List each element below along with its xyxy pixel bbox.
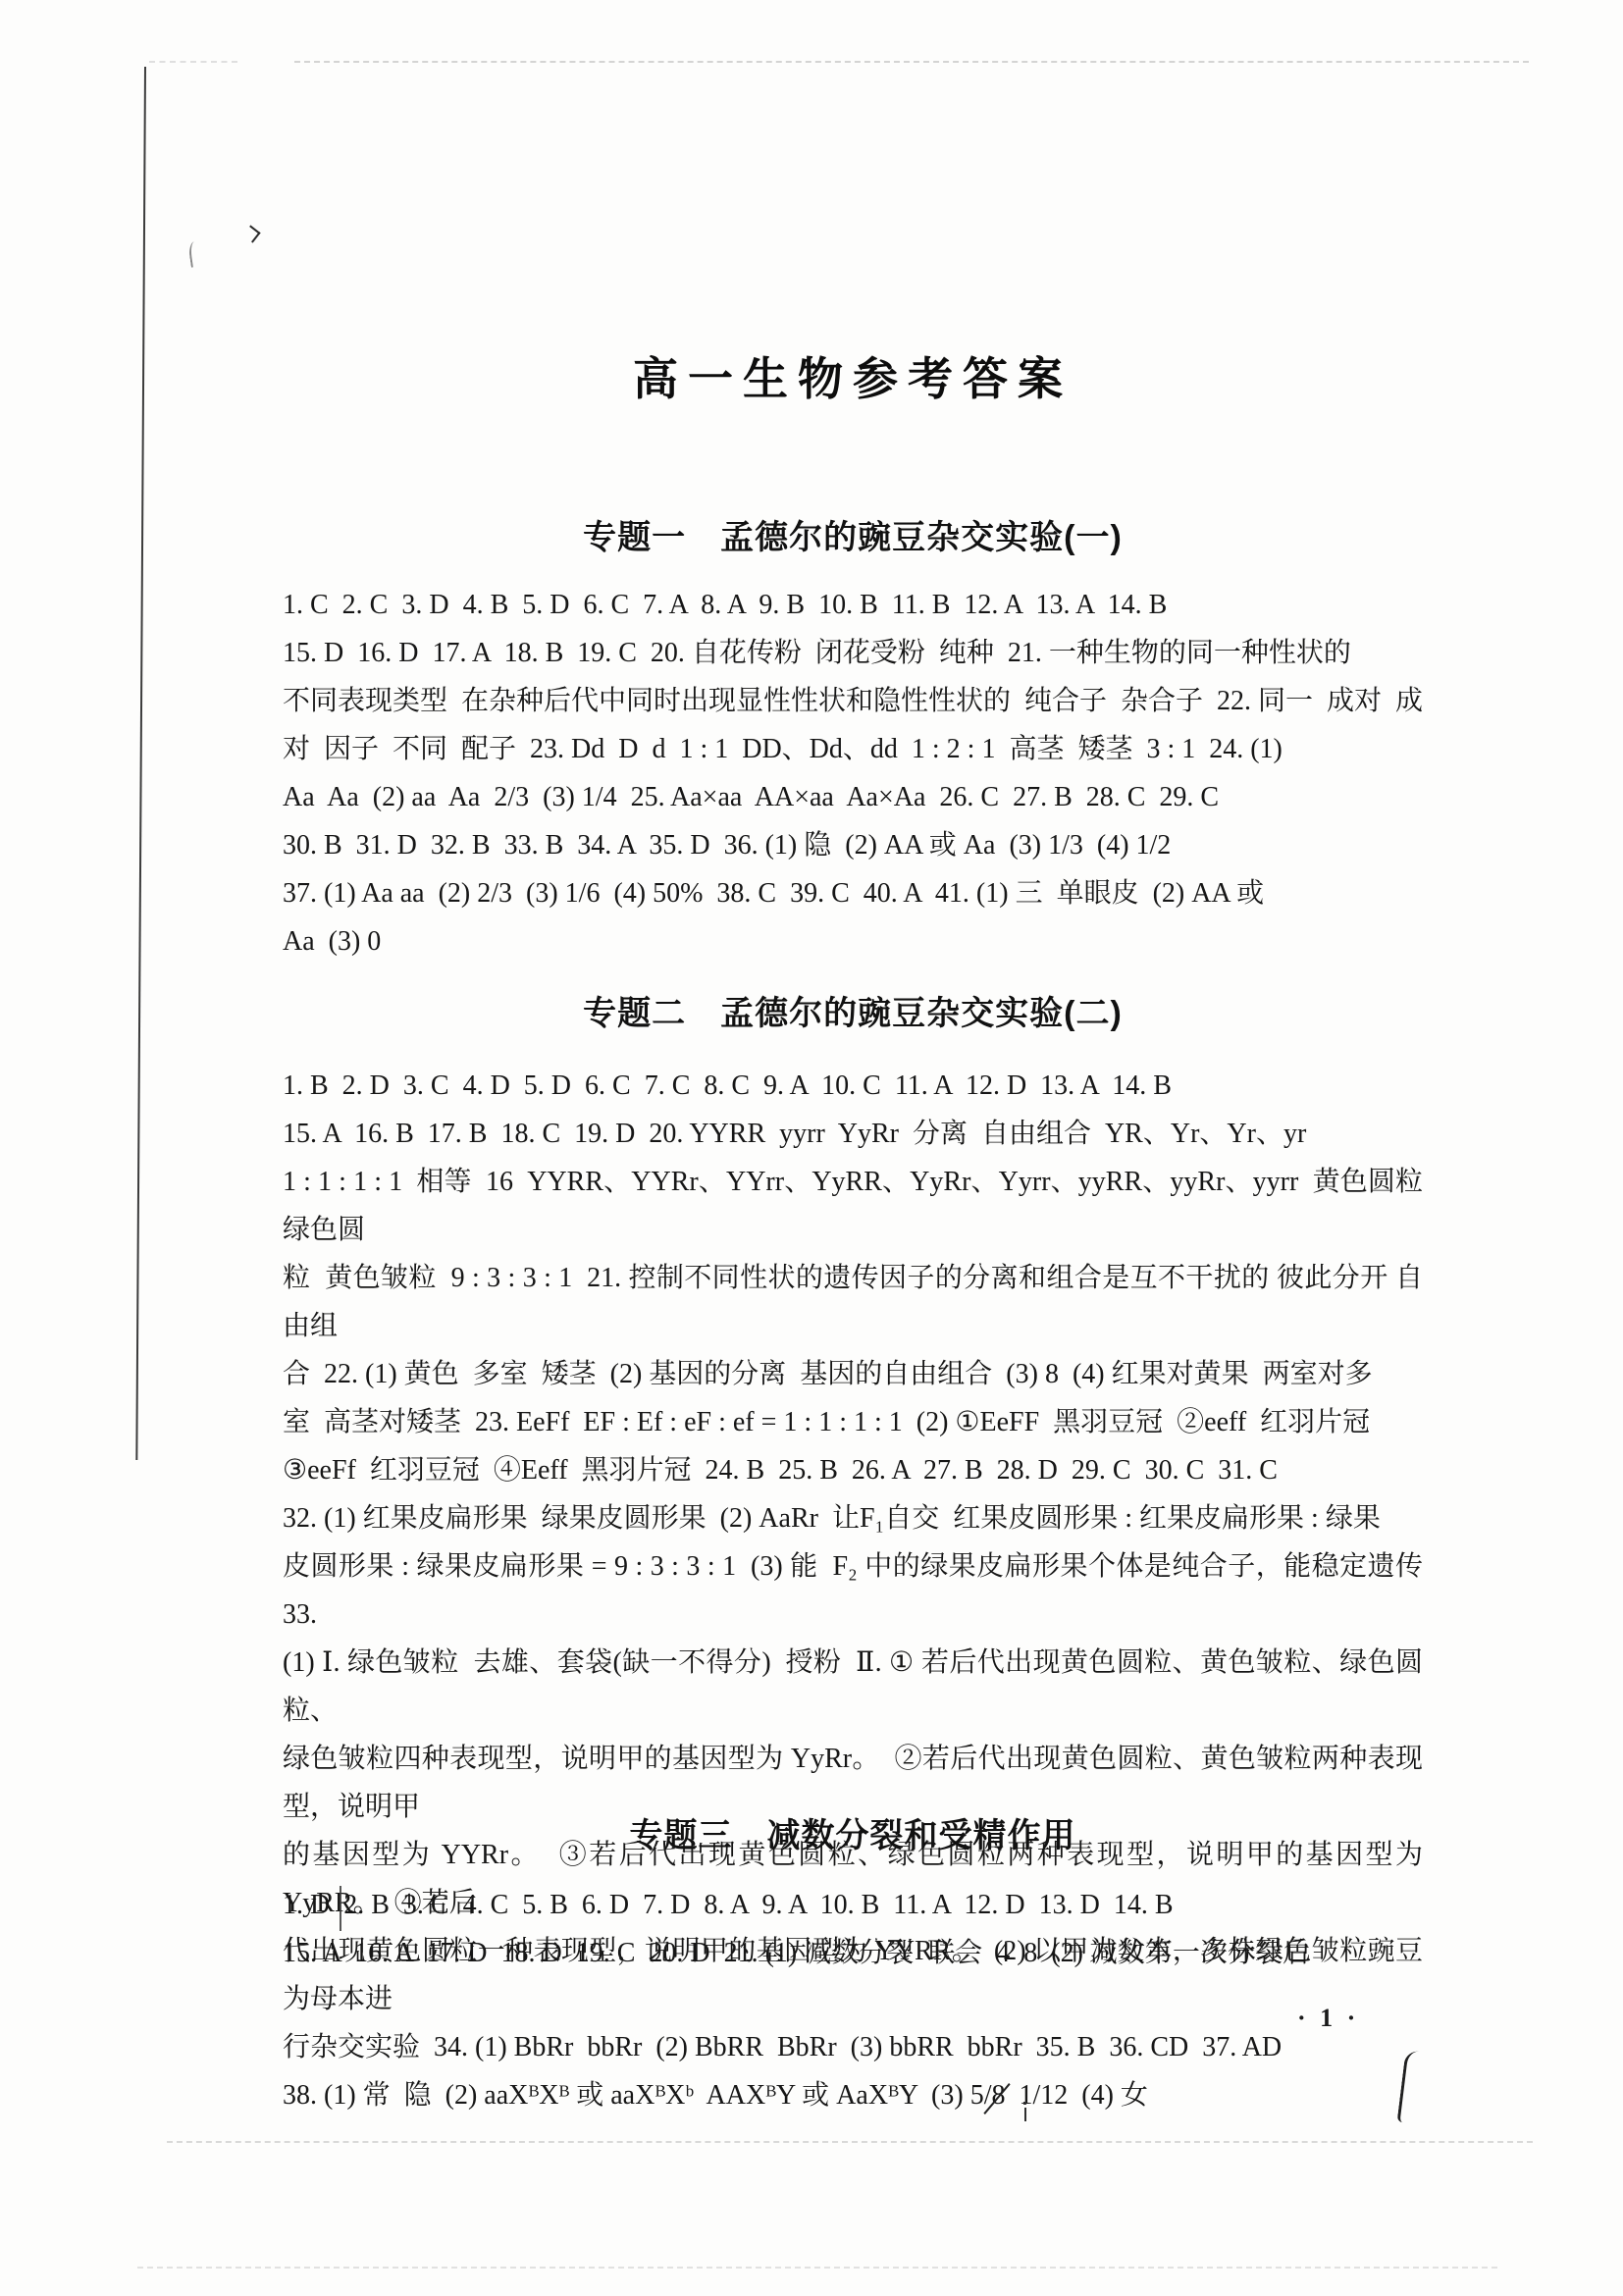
answer-line: Aa (3) 0	[283, 917, 1423, 965]
scan-edge-dash-top	[294, 61, 1529, 63]
answer-line: 1. D 2. B 3. C 4. C 5. B 6. D 7. D 8. A …	[283, 1881, 1423, 1929]
answer-line: 粒 黄色皱粒 9 : 3 : 3 : 1 21. 控制不同性状的遗传因子的分离和…	[283, 1254, 1423, 1350]
answer-line: 1. B 2. D 3. C 4. D 5. D 6. C 7. C 8. C …	[283, 1062, 1423, 1110]
answer-line: (1) Ⅰ. 绿色皱粒 去雄、套袋(缺一不得分) 授粉 Ⅱ. ① 若后代出现黄色…	[283, 1639, 1423, 1735]
answer-line: 皮圆形果 : 绿果皮扁形果 = 9 : 3 : 3 : 1 (3) 能 F₂ 中…	[283, 1542, 1423, 1639]
scan-edge-dash-bottom-2	[137, 2267, 1497, 2269]
answer-line: 38. (1) 常 隐 (2) aaXᴮXᴮ 或 aaXᴮXᵇ AAXᴮY 或 …	[283, 2071, 1423, 2119]
section-heading-1: 专题一 孟德尔的豌豆杂交实验(一)	[283, 510, 1423, 558]
answer-line: 室 高茎对矮茎 23. EeFf EF : Ef : eF : ef = 1 :…	[283, 1398, 1423, 1446]
answer-line: 37. (1) Aa aa (2) 2/3 (3) 1/6 (4) 50% 38…	[283, 869, 1423, 917]
answer-line: 15. D 16. D 17. A 18. B 19. C 20. 自花传粉 闭…	[283, 629, 1423, 677]
scanned-answer-page: 高一生物参考答案 专题一 孟德尔的豌豆杂交实验(一) 1. C 2. C 3. …	[0, 0, 1623, 2296]
answer-line: 行杂交实验 34. (1) BbRr bbRr (2) BbRR BbRr (3…	[283, 2023, 1423, 2071]
answer-line: 32. (1) 红果皮扁形果 绿果皮圆形果 (2) AaRr 让F₁自交 红果皮…	[283, 1494, 1423, 1542]
scan-squiggle-mark	[187, 240, 203, 267]
page-number: · 1 ·	[1297, 2004, 1359, 2033]
answer-line: 1. C 2. C 3. D 4. B 5. D 6. C 7. A 8. A …	[283, 581, 1423, 629]
scan-left-vertical-line	[135, 67, 146, 1460]
scan-small-i-mark	[1024, 2108, 1026, 2121]
answer-line: 15. A 16. A 17. D 18. D 19. C 20. D 21. …	[283, 1929, 1423, 1977]
answer-line: 1 : 1 : 1 : 1 相等 16 YYRR、YYRr、YYrr、YyRR、…	[283, 1158, 1423, 1254]
section-answers-3: 1. D 2. B 3. C 4. C 5. B 6. D 7. D 8. A …	[283, 1881, 1423, 1977]
page-title: 高一生物参考答案	[283, 343, 1423, 408]
section-heading-2: 专题二 孟德尔的豌豆杂交实验(二)	[283, 986, 1423, 1034]
answer-line: 不同表现类型 在杂种后代中同时出现显性性状和隐性性状的 纯合子 杂合子 22. …	[283, 677, 1423, 725]
answer-line: 对 因子 不同 配子 23. Dd D d 1 : 1 DD、Dd、dd 1 :…	[283, 725, 1423, 773]
answer-line: 合 22. (1) 黄色 多室 矮茎 (2) 基因的分离 基因的自由组合 (3)…	[283, 1350, 1423, 1398]
answer-line: 15. A 16. B 17. B 18. C 19. D 20. YYRR y…	[283, 1110, 1423, 1158]
scan-edge-dash-bottom-1	[167, 2141, 1533, 2143]
scan-stray-tick	[340, 1886, 341, 1931]
section-heading-3: 专题三 减数分裂和受精作用	[283, 1808, 1423, 1856]
answer-line: ③eeFf 红羽豆冠 ④Eeff 黑羽片冠 24. B 25. B 26. A …	[283, 1446, 1423, 1494]
answer-line: 30. B 31. D 32. B 33. B 34. A 35. D 36. …	[283, 821, 1423, 869]
scan-edge-dash-top-left	[149, 61, 237, 63]
scan-angle-mark	[242, 225, 260, 242]
section-answers-1: 1. C 2. C 3. D 4. B 5. D 6. C 7. A 8. A …	[283, 581, 1423, 965]
answer-line: Aa Aa (2) aa Aa 2/3 (3) 1/4 25. Aa×aa AA…	[283, 773, 1423, 821]
